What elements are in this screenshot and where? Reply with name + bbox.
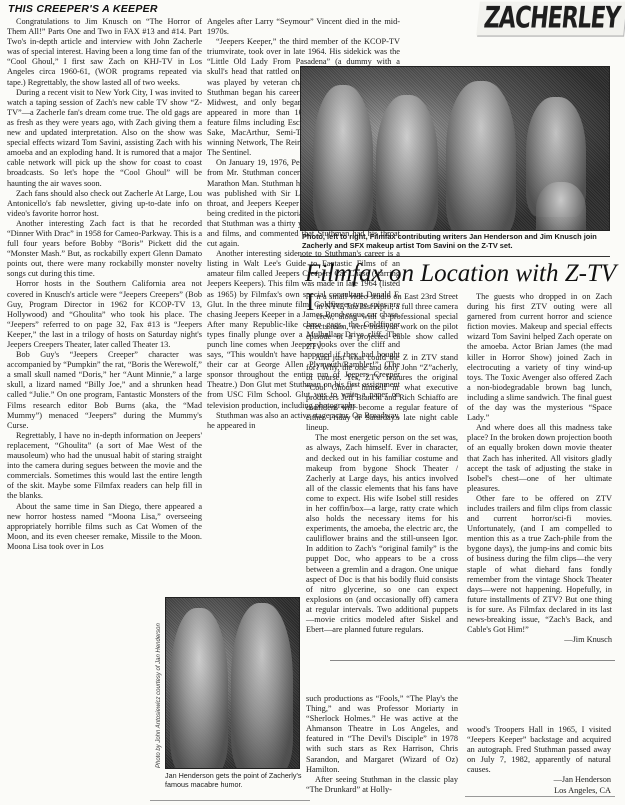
divider (330, 660, 615, 661)
paragraph: such productions as “Fools,” “The Play's… (306, 694, 458, 775)
group-photo (300, 66, 610, 231)
divider (300, 256, 610, 257)
paragraph: During a recent visit to New York City, … (7, 88, 202, 189)
divider (465, 796, 615, 797)
letter-signature-name: —Jan Henderson (467, 775, 611, 785)
paragraph: The most energetic person on the set was… (306, 433, 458, 635)
zacherley-logo: ZACHERLEY (478, 6, 625, 31)
letter-column-3: such productions as “Fools,” “The Play's… (306, 694, 458, 795)
paragraph: About the same time in San Diego, there … (7, 502, 202, 552)
letter-signature-location: Los Angeles, CA (467, 786, 611, 796)
paragraph: And just what could the Z in ZTV stand f… (306, 353, 458, 434)
drop-cap: I (306, 293, 314, 313)
paragraph: Horror hosts in the Southern California … (7, 279, 202, 350)
paragraph: Zach fans should also check out Zacherle… (7, 189, 202, 219)
letter-column-4: wood's Troopers Hall in 1965, I visited … (467, 725, 611, 796)
paragraph: Regrettably, I have no in-depth informat… (7, 431, 202, 502)
feature-signature: —Jim Knusch (467, 635, 612, 645)
paragraph: And where does all this madness take pla… (467, 423, 612, 494)
paragraph: Bob Guy's “Jeepers Creeper” character wa… (7, 350, 202, 431)
bottom-photo-caption: Jan Henderson gets the point of Zacherly… (165, 771, 305, 789)
paragraph-with-dropcap: In a small video studio on East 23rd Str… (306, 292, 458, 353)
feature-headline: Filmfax on Location with Z-TV (305, 260, 616, 288)
letter-heading: THIS CREEPER'S A KEEPER (8, 3, 158, 15)
photo-credit: Photo by John Antosiewicz courtesy of Ja… (156, 623, 162, 768)
bottom-photo (165, 597, 300, 769)
paragraph: wood's Troopers Hall in 1965, I visited … (467, 725, 611, 775)
top-photo-caption: Photo, left to right, Filmfax contributi… (302, 232, 612, 250)
divider (150, 800, 310, 801)
paragraph: Congratulations to Jim Knusch on “The Ho… (7, 17, 202, 88)
paragraph: Angeles after Larry “Seymour” Vincent di… (207, 17, 400, 37)
feature-column-2: The guests who dropped in on Zach during… (467, 292, 612, 645)
paragraph: Another interesting Zach fact is that he… (7, 219, 202, 280)
paragraph: The guests who dropped in on Zach during… (467, 292, 612, 423)
feature-column-1: In a small video studio on East 23rd Str… (306, 292, 458, 635)
paragraph: Other fare to be offered on ZTV includes… (467, 494, 612, 635)
paragraph: After seeing Stuthman in the classic pla… (306, 775, 458, 795)
letter-column-1: Congratulations to Jim Knusch on “The Ho… (7, 17, 202, 552)
